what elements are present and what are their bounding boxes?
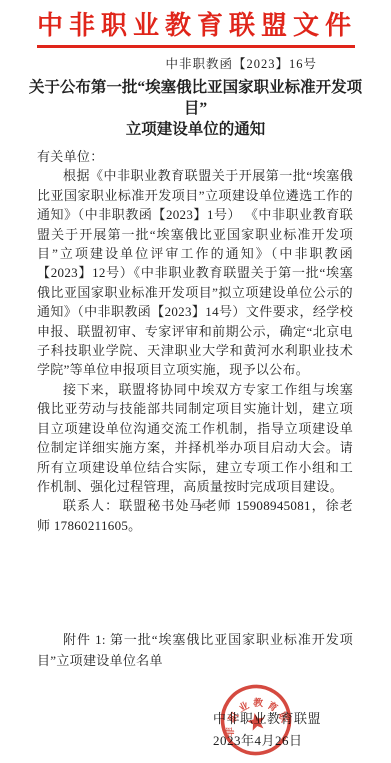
body-paragraph-2: 接下来，联盟将协同中埃双方专家工作组与埃塞俄比亚劳动与技能部共同制定项目实施计划… [37, 380, 353, 496]
document-title-line2: 立项建设单位的通知 [28, 119, 363, 140]
document-page: 中非职业教育联盟文件 中非职教函【2023】16号 关于公布第一批“埃塞俄比亚国… [0, 0, 391, 763]
letterhead: 中非职业教育联盟文件 [37, 10, 355, 48]
salutation: 有关单位： [37, 147, 353, 166]
document-title-line1: 关于公布第一批“埃塞俄比亚国家职业标准开发项目” [28, 77, 363, 119]
letterhead-org-title: 中非职业教育联盟文件 [37, 10, 355, 42]
seal-star-icon [246, 711, 267, 731]
body-paragraph-1: 根据《中非职业教育联盟关于开展第一批“埃塞俄比亚国家职业标准开发项目”立项建设单… [37, 166, 353, 379]
document-number: 中非职教函【2023】16号 [0, 54, 391, 72]
official-seal: 中非职业教育联盟 [213, 677, 298, 762]
document-title: 关于公布第一批“埃塞俄比亚国家职业标准开发项目” 立项建设单位的通知 [0, 77, 391, 140]
attachment-note: 附件 1: 第一批“埃塞俄比亚国家职业标准开发项目”立项建设单位名单 [37, 630, 353, 671]
document-body: 有关单位： 根据《中非职业教育联盟关于开展第一批“埃塞俄比亚国家职业标准开发项目… [37, 147, 353, 535]
page-number: 1 / 38 [0, 502, 391, 510]
